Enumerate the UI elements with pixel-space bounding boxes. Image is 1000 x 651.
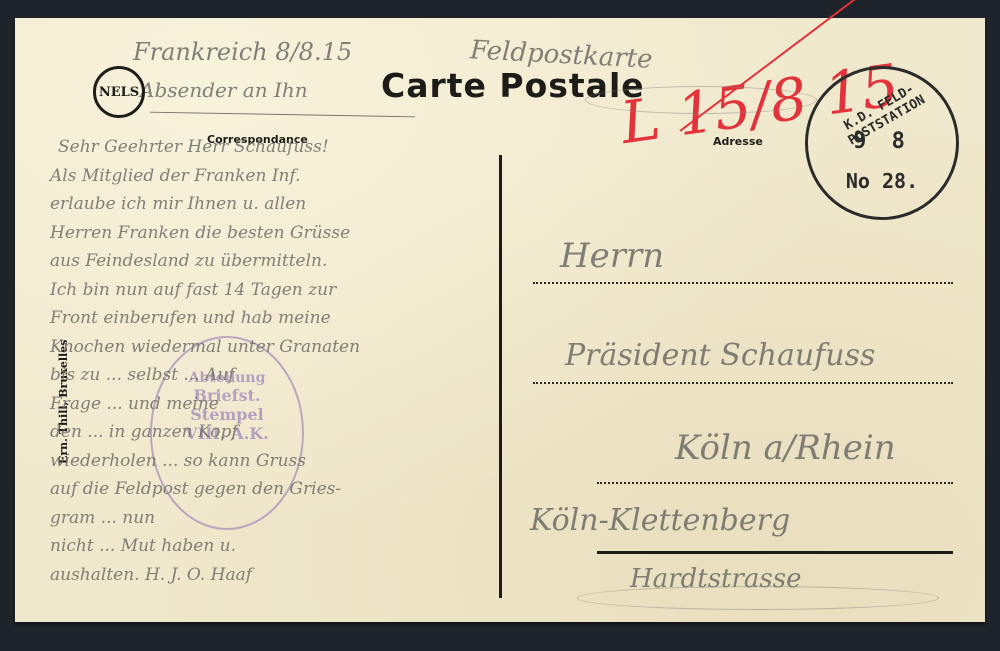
street-pencil-underline	[577, 586, 939, 610]
logo-text: NELS	[99, 85, 139, 100]
message-body: Sehr Geehrter Herr Schaufuss! Als Mitgli…	[50, 133, 495, 589]
message-line: aushalten. H. J. O. Haaf	[50, 561, 495, 590]
address-line-name: Präsident Schaufuss	[565, 338, 875, 373]
perforated-edge	[981, 18, 989, 622]
pencil-oval	[585, 86, 817, 114]
message-line: den ... in ganzen Kopf	[50, 418, 495, 447]
message-line: Knochen wiedermal unter Granaten	[50, 333, 495, 362]
postmark-date: 9 8	[808, 129, 956, 154]
pencil-underline	[150, 112, 415, 118]
message-line: Ich bin nun auf fast 14 Tagen zur	[50, 276, 495, 305]
address-line-3	[597, 482, 953, 484]
address-line-1	[533, 282, 953, 284]
message-line: bis zu ... selbst ... Auf	[50, 361, 495, 390]
message-line: erlaube ich mir Ihnen u. allen	[50, 190, 495, 219]
center-divider	[499, 155, 502, 598]
message-line: Front einberufen und hab meine	[50, 304, 495, 333]
handwritten-sender: Absender an Ihn	[140, 78, 308, 102]
address-line-herrn: Herrn	[560, 236, 664, 276]
postmark-number: No 28.	[808, 169, 956, 193]
address-line-city: Köln a/Rhein	[675, 428, 896, 468]
address-line-2	[533, 382, 953, 384]
postmark: K.D. FELD-POSTSTATION 9 8 No 28.	[805, 66, 959, 220]
message-line: auf die Feldpost gegen den Gries-	[50, 475, 495, 504]
message-line: Als Mitglied der Franken Inf.	[50, 162, 495, 191]
message-line: Herren Franken die besten Grüsse	[50, 219, 495, 248]
address-line-4	[597, 551, 953, 554]
nels-logo-icon: NELS	[93, 66, 145, 118]
postcard: Frankreich 8/8.15 Absender an Ihn Feldpo…	[15, 18, 985, 622]
message-line: gram ... nun	[50, 504, 495, 533]
message-line: aus Feindesland zu übermitteln.	[50, 247, 495, 276]
message-line: wiederholen ... so kann Gruss	[50, 447, 495, 476]
message-line: Sehr Geehrter Herr Schaufuss!	[50, 133, 495, 162]
handwritten-location-date: Frankreich 8/8.15	[133, 38, 352, 66]
message-line: Frage ... und meine	[50, 390, 495, 419]
message-line: nicht ... Mut haben u.	[50, 532, 495, 561]
address-line-district: Köln-Klettenberg	[530, 503, 790, 538]
